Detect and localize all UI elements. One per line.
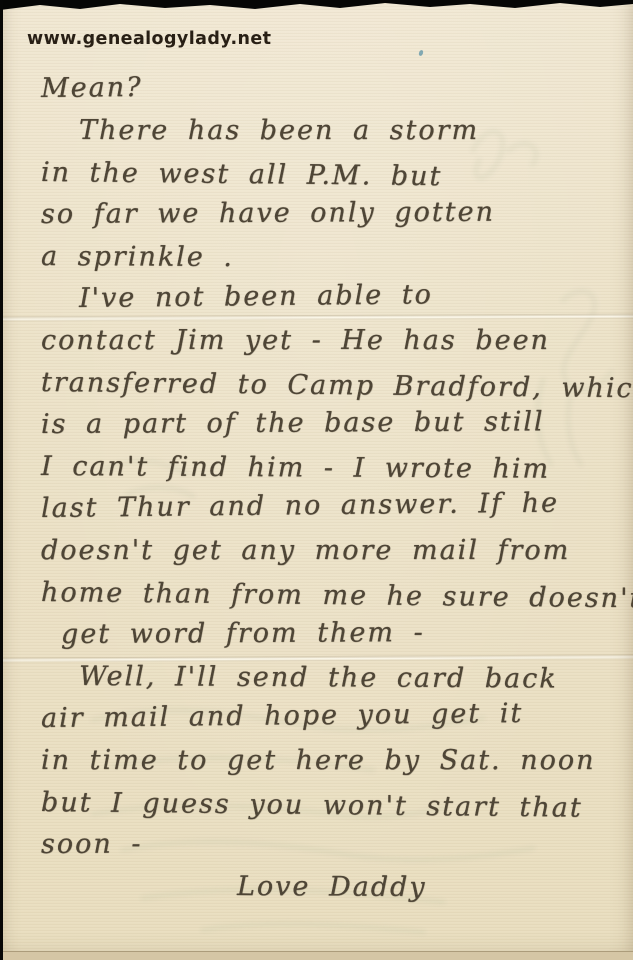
letter-line: There has been a storm bbox=[79, 111, 625, 153]
letter-line: Mean? bbox=[41, 63, 625, 111]
letter-lines: Mean?There has been a stormin the west a… bbox=[41, 69, 625, 909]
letter-line: I've not been able to bbox=[79, 273, 625, 321]
letter-line: in time to get here by Sat. noon bbox=[41, 741, 625, 783]
paper-bottom-edge bbox=[3, 951, 633, 960]
letter-line: soon - bbox=[41, 822, 625, 867]
blue-ink-speck bbox=[418, 49, 424, 56]
letter-line: contact Jim yet - He has been bbox=[41, 321, 625, 363]
letter-line: air mail and hope you get it bbox=[41, 693, 625, 741]
letter-line: get word from them - bbox=[61, 612, 625, 657]
letter-line: doesn't get any more mail from bbox=[41, 531, 625, 573]
scan-left-edge bbox=[0, 0, 3, 960]
signature-line: Love Daddy bbox=[237, 867, 625, 911]
letter-line: is a part of the base but still bbox=[41, 402, 625, 447]
letter-paper: www.genealogylady.net Mean?There has bee… bbox=[3, 0, 633, 960]
letter-line: so far we have only gotten bbox=[41, 192, 625, 237]
letter-line: last Thur and no answer. If he bbox=[41, 483, 625, 531]
scanned-letter-page: www.genealogylady.net Mean?There has bee… bbox=[0, 0, 633, 960]
watermark-text: www.genealogylady.net bbox=[27, 29, 271, 49]
